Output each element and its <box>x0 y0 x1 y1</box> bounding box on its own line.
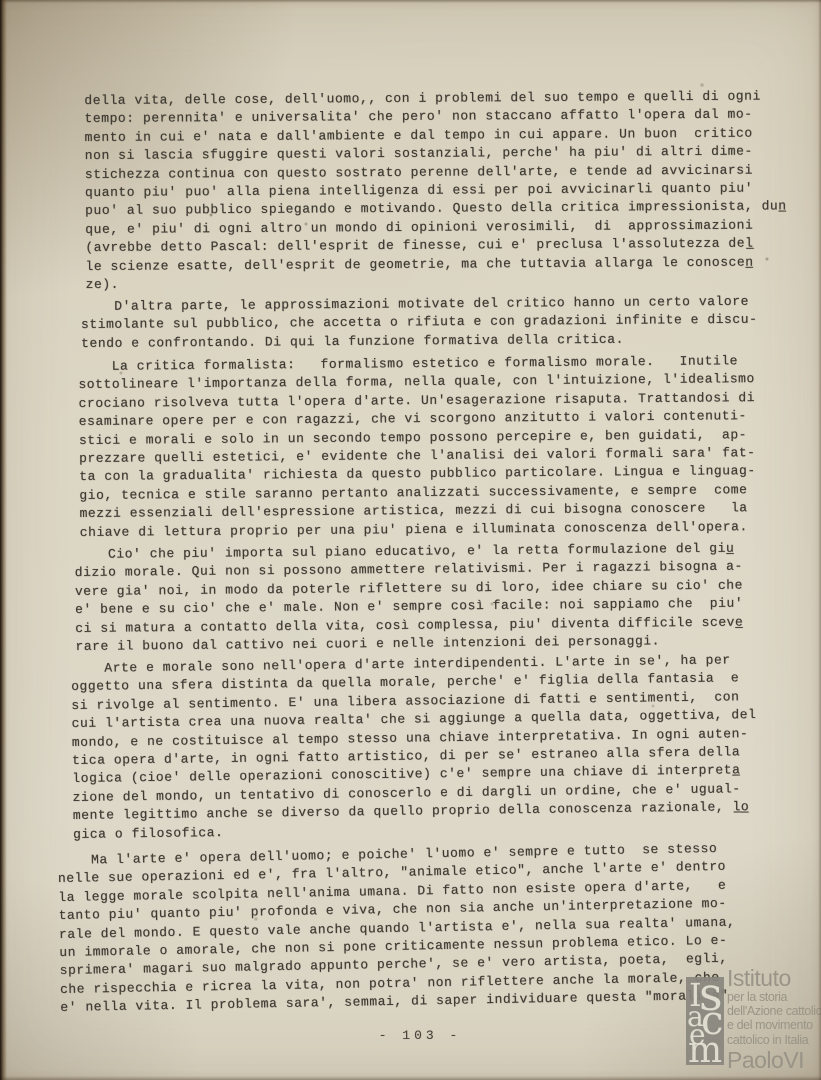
text-line: tendo e confrontando. Di qui la funzione… <box>81 330 797 354</box>
scan-edge-top <box>0 0 821 3</box>
watermark-text: Istituto per la storia dell'Azione catto… <box>727 966 821 1072</box>
paragraph: La critica formalista: formalismo esteti… <box>78 351 798 541</box>
paragraph: D'altra parte, le approssimazioni motiva… <box>81 293 797 354</box>
watermark-line: PaoloVI <box>727 1048 821 1072</box>
isacem-logo: I s a e c m <box>686 977 724 1065</box>
watermark-line: Istituto <box>727 966 821 990</box>
logo-letter-m: m <box>688 1033 720 1069</box>
paragraph: Cio' che piu' importa sul piano educativ… <box>74 539 797 656</box>
paragraph: della vita, delle cose, dell'uomo,, con … <box>84 87 797 294</box>
watermark-line: dell'Azione cattolica <box>727 1004 821 1018</box>
watermark-line: e del movimento <box>727 1018 821 1032</box>
scanned-page: della vita, delle cose, dell'uomo,, con … <box>0 0 821 1080</box>
scan-edge-bottom <box>0 1076 821 1080</box>
watermark-line: per la storia <box>727 990 821 1004</box>
watermark-line: cattolico in Italia <box>727 1033 821 1047</box>
scan-edge-left <box>0 0 7 1080</box>
page-text: della vita, delle cose, dell'uomo,, con … <box>85 92 797 1022</box>
paragraph: Arte e morale sono nell'opera d'arte int… <box>71 651 798 845</box>
